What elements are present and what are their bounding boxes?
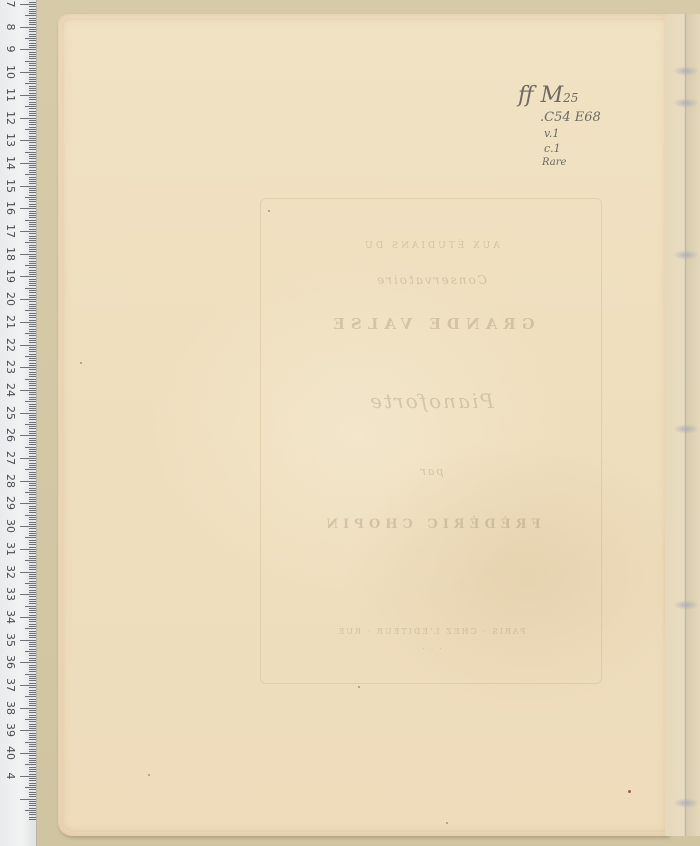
- ruler-tick: [20, 72, 36, 73]
- ruler-tick: [20, 503, 36, 504]
- ruler-label: 21: [4, 313, 16, 331]
- ruler-label: 11: [4, 86, 16, 104]
- ruler-tick: [25, 606, 36, 607]
- ruler-tick: [20, 753, 36, 754]
- foxing-speck: [148, 774, 150, 776]
- ruler-tick: [29, 438, 36, 439]
- spine-tear: [673, 66, 699, 76]
- ruler-tick: [25, 174, 36, 175]
- ruler-tick: [29, 660, 36, 661]
- ruler-tick: [29, 360, 36, 361]
- ruler-tick: [29, 201, 36, 202]
- ruler-tick: [29, 285, 36, 286]
- ruler-tick: [29, 428, 36, 429]
- ruler-tick: [29, 24, 36, 25]
- ruler-tick: [29, 283, 36, 284]
- ruler-tick: [29, 476, 36, 477]
- ruler-label: 16: [4, 199, 16, 217]
- ruler-tick: [29, 542, 36, 543]
- ruler-tick: [29, 279, 36, 280]
- ruler-label: 22: [4, 336, 16, 354]
- ruler-tick: [29, 392, 36, 393]
- ruler-tick: [29, 705, 36, 706]
- ruler-tick: [29, 131, 36, 132]
- pencil-call-number: ff M25 .C54 E68 v.1 c.1 Rare: [518, 84, 601, 170]
- ruler-tick: [29, 519, 36, 520]
- ruler-tick: [25, 764, 36, 765]
- ruler-tick: [20, 617, 36, 618]
- ruler-tick: [29, 633, 36, 634]
- ruler-tick: [29, 746, 36, 747]
- ruler-tick: [29, 320, 36, 321]
- ruler-tick: [29, 655, 36, 656]
- ruler-tick: [25, 288, 36, 289]
- ruler-tick: [29, 814, 36, 815]
- ruler-tick: [29, 596, 36, 597]
- ruler-tick: [29, 156, 36, 157]
- ruler-tick: [29, 615, 36, 616]
- ruler-tick: [29, 224, 36, 225]
- call-number-collection: Rare: [542, 156, 601, 170]
- ruler-tick: [29, 533, 36, 534]
- ruler-tick: [25, 469, 36, 470]
- ruler-tick: [29, 247, 36, 248]
- ruler-tick: [29, 460, 36, 461]
- ruler-tick: [29, 808, 36, 809]
- ruler-tick: [29, 238, 36, 239]
- ruler-tick: [20, 481, 36, 482]
- ruler-tick: [29, 540, 36, 541]
- ruler-tick: [20, 799, 36, 800]
- ruler-label: 18: [4, 245, 16, 263]
- ruler-tick: [29, 728, 36, 729]
- ruler-tick: [29, 374, 36, 375]
- ruler-tick: [29, 36, 36, 37]
- ruler-tick: [29, 183, 36, 184]
- spine-tear: [673, 424, 699, 434]
- ruler-tick: [29, 261, 36, 262]
- ruler-tick: [29, 97, 36, 98]
- ruler-tick: [29, 158, 36, 159]
- ruler-tick: [25, 560, 36, 561]
- ruler-tick: [25, 265, 36, 266]
- ruler-tick: [29, 488, 36, 489]
- ruler-tick: [29, 179, 36, 180]
- ruler-tick: [29, 295, 36, 296]
- ruler-tick: [20, 572, 36, 573]
- ruler-tick: [20, 640, 36, 641]
- ruler-tick: [20, 299, 36, 300]
- ruler-tick: [29, 517, 36, 518]
- ruler-tick: [25, 742, 36, 743]
- ruler-tick: [29, 70, 36, 71]
- ruler-tick: [29, 467, 36, 468]
- ruler-tick: [29, 63, 36, 64]
- ruler-tick: [25, 38, 36, 39]
- ruler-tick: [29, 338, 36, 339]
- ruler-tick: [29, 789, 36, 790]
- ruler-tick: [29, 274, 36, 275]
- ruler-label: 17: [4, 222, 16, 240]
- ruler-tick: [29, 578, 36, 579]
- ruler-tick: [29, 778, 36, 779]
- ruler-tick: [29, 190, 36, 191]
- ruler-tick: [29, 724, 36, 725]
- ruler-tick: [29, 574, 36, 575]
- call-number-class-sub: 25: [563, 91, 578, 105]
- measuring-ruler: 7891011121314151617181920212223242526272…: [0, 0, 37, 846]
- ruler-tick: [29, 687, 36, 688]
- ruler-tick: [29, 199, 36, 200]
- ruler-tick: [20, 118, 36, 119]
- ruler-tick: [25, 356, 36, 357]
- ruler-label: 40: [4, 744, 16, 762]
- ruler-tick: [29, 133, 36, 134]
- show-through-line-1: AUX ÉTUDIANS DU: [261, 241, 601, 251]
- ruler-tick: [29, 347, 36, 348]
- ruler-tick: [29, 192, 36, 193]
- foxing-speck: [358, 686, 360, 688]
- ruler-tick: [29, 6, 36, 7]
- ruler-tick: [20, 730, 36, 731]
- ruler-label: 25: [4, 404, 16, 422]
- ruler-label: 4: [4, 767, 16, 785]
- ruler-tick: [29, 699, 36, 700]
- ruler-tick: [29, 147, 36, 148]
- ruler-tick: [29, 717, 36, 718]
- ruler-tick: [29, 385, 36, 386]
- ruler-tick: [29, 635, 36, 636]
- ruler-tick: [29, 127, 36, 128]
- ruler-tick: [29, 501, 36, 502]
- ruler-tick: [29, 195, 36, 196]
- ruler-tick: [29, 680, 36, 681]
- ruler-tick: [29, 79, 36, 80]
- ruler-tick: [29, 726, 36, 727]
- ruler-tick: [29, 599, 36, 600]
- ruler-tick: [29, 245, 36, 246]
- ruler-tick: [25, 628, 36, 629]
- foxing-speck: [268, 210, 270, 212]
- ruler-tick: [29, 453, 36, 454]
- ruler-tick: [29, 263, 36, 264]
- ruler-tick: [29, 553, 36, 554]
- ruler-tick: [29, 667, 36, 668]
- ruler-tick: [29, 444, 36, 445]
- ruler-tick: [20, 345, 36, 346]
- ruler-tick: [29, 567, 36, 568]
- ruler-tick: [20, 95, 36, 96]
- ruler-tick: [29, 463, 36, 464]
- ruler-tick: [29, 394, 36, 395]
- ruler-tick: [29, 335, 36, 336]
- ruler-tick: [29, 755, 36, 756]
- ruler-tick: [29, 167, 36, 168]
- ruler-tick: [25, 15, 36, 16]
- ruler-tick: [29, 399, 36, 400]
- ruler-tick: [29, 760, 36, 761]
- ruler-tick: [29, 703, 36, 704]
- ruler-tick: [29, 376, 36, 377]
- ruler-tick: [29, 40, 36, 41]
- ruler-tick: [29, 217, 36, 218]
- ruler-tick: [29, 29, 36, 30]
- ruler-tick: [29, 81, 36, 82]
- ruler-tick: [20, 163, 36, 164]
- ruler-tick: [20, 458, 36, 459]
- ruler-tick: [29, 637, 36, 638]
- ruler-tick: [29, 342, 36, 343]
- foxing-speck: [80, 362, 82, 364]
- ruler-tick: [20, 594, 36, 595]
- ruler-tick: [29, 188, 36, 189]
- ruler-tick: [29, 145, 36, 146]
- ruler-tick: [29, 442, 36, 443]
- ruler-tick: [20, 662, 36, 663]
- ruler-tick: [20, 322, 36, 323]
- ruler-tick: [29, 111, 36, 112]
- ruler-tick: [29, 329, 36, 330]
- show-through-line-6: FRÉDÉRIC CHOPIN: [261, 517, 601, 532]
- ruler-tick: [29, 161, 36, 162]
- ruler-label: 36: [4, 653, 16, 671]
- spine-tear: [673, 98, 699, 108]
- ruler-tick: [29, 535, 36, 536]
- ruler-tick: [29, 792, 36, 793]
- ruler-tick: [29, 721, 36, 722]
- ruler-tick: [29, 9, 36, 10]
- ruler-tick: [29, 226, 36, 227]
- ruler-tick: [29, 388, 36, 389]
- ruler-tick: [29, 422, 36, 423]
- ruler-tick: [20, 49, 36, 50]
- show-through-line-7: PARIS · CHEZ L'ÉDITEUR · RUE: [261, 627, 601, 636]
- ruler-tick: [25, 674, 36, 675]
- ruler-tick: [29, 692, 36, 693]
- ruler-tick: [29, 626, 36, 627]
- ruler-tick: [29, 120, 36, 121]
- ruler-tick: [29, 528, 36, 529]
- ruler-tick: [29, 619, 36, 620]
- ruler-tick: [29, 74, 36, 75]
- ruler-tick: [29, 735, 36, 736]
- ruler-tick: [29, 415, 36, 416]
- show-through-line-3: GRANDE VALSE: [261, 315, 601, 333]
- ruler-tick: [29, 47, 36, 48]
- ruler-tick: [29, 301, 36, 302]
- ruler-tick: [29, 77, 36, 78]
- ruler-tick: [29, 819, 36, 820]
- ruler-tick: [29, 556, 36, 557]
- ruler-tick: [25, 719, 36, 720]
- ruler-tick: [29, 369, 36, 370]
- ruler-tick: [29, 749, 36, 750]
- ruler-tick: [20, 435, 36, 436]
- ruler-tick: [29, 497, 36, 498]
- ruler-tick: [29, 817, 36, 818]
- ruler-tick: [29, 365, 36, 366]
- ruler-tick: [29, 267, 36, 268]
- ruler-label: 20: [4, 290, 16, 308]
- ruler-label: 9: [4, 40, 16, 58]
- ruler-tick: [29, 43, 36, 44]
- ruler-tick: [29, 68, 36, 69]
- ruler-tick: [25, 401, 36, 402]
- ruler-tick: [29, 93, 36, 94]
- ruler-tick: [29, 812, 36, 813]
- ruler-tick: [20, 549, 36, 550]
- ruler-tick: [29, 297, 36, 298]
- ruler-label: 34: [4, 608, 16, 626]
- ruler-tick: [29, 585, 36, 586]
- ruler-tick: [29, 785, 36, 786]
- ruler-label: 24: [4, 381, 16, 399]
- ruler-tick: [29, 172, 36, 173]
- ruler-tick: [29, 406, 36, 407]
- ruler-tick: [20, 4, 36, 5]
- ruler-label: 31: [4, 540, 16, 558]
- ruler-tick: [29, 304, 36, 305]
- ruler-tick: [29, 581, 36, 582]
- spine-tear: [673, 798, 699, 808]
- ruler-tick: [29, 478, 36, 479]
- ruler-tick: [25, 651, 36, 652]
- ruler-tick: [29, 483, 36, 484]
- ruler-tick: [29, 170, 36, 171]
- ruler-tick: [29, 715, 36, 716]
- show-through-line-2: Conservatoire: [261, 273, 601, 287]
- ruler-tick: [29, 758, 36, 759]
- ruler-tick: [29, 805, 36, 806]
- ruler-tick: [25, 583, 36, 584]
- ruler-tick: [29, 762, 36, 763]
- ruler-tick: [29, 665, 36, 666]
- ruler-tick: [20, 254, 36, 255]
- ruler-tick: [29, 165, 36, 166]
- ruler-tick: [20, 776, 36, 777]
- ruler-tick: [29, 510, 36, 511]
- ruler-tick: [29, 408, 36, 409]
- ruler-tick: [29, 683, 36, 684]
- ruler-tick: [29, 272, 36, 273]
- ruler-tick: [29, 649, 36, 650]
- ruler-tick: [29, 326, 36, 327]
- ruler-tick: [25, 106, 36, 107]
- ruler-tick: [29, 485, 36, 486]
- ruler-tick: [29, 744, 36, 745]
- ruler-tick: [29, 363, 36, 364]
- ruler-tick: [29, 99, 36, 100]
- ruler-tick: [25, 424, 36, 425]
- ruler-tick: [29, 181, 36, 182]
- ruler-tick: [29, 608, 36, 609]
- ruler-tick: [29, 340, 36, 341]
- ruler-tick: [29, 358, 36, 359]
- spine-tear: [673, 600, 699, 610]
- ruler-tick: [29, 417, 36, 418]
- ruler-tick: [29, 690, 36, 691]
- ruler-tick: [29, 65, 36, 66]
- ruler-tick: [29, 694, 36, 695]
- ruler-tick: [29, 592, 36, 593]
- ruler-tick: [29, 122, 36, 123]
- ruler-tick: [29, 233, 36, 234]
- ruler-tick: [29, 562, 36, 563]
- ruler-tick: [29, 349, 36, 350]
- ruler-tick: [29, 213, 36, 214]
- ruler-tick: [29, 522, 36, 523]
- ruler-tick: [29, 506, 36, 507]
- ruler-label: 13: [4, 131, 16, 149]
- ruler-tick: [29, 426, 36, 427]
- ruler-tick: [29, 431, 36, 432]
- ruler-tick: [29, 108, 36, 109]
- ruler-tick: [29, 524, 36, 525]
- ruler-tick: [29, 204, 36, 205]
- ruler-tick: [29, 601, 36, 602]
- ruler-tick: [25, 810, 36, 811]
- ruler-tick: [29, 90, 36, 91]
- ruler-tick: [29, 769, 36, 770]
- ruler-tick: [29, 354, 36, 355]
- ruler-tick: [29, 739, 36, 740]
- ruler-tick: [25, 129, 36, 130]
- ruler-label: 12: [4, 109, 16, 127]
- ruler-tick: [29, 34, 36, 35]
- ruler-tick: [29, 565, 36, 566]
- ruler-tick: [29, 621, 36, 622]
- foxing-speck: [446, 822, 448, 824]
- ruler-tick: [20, 27, 36, 28]
- ruler-tick: [20, 208, 36, 209]
- ruler-tick: [29, 215, 36, 216]
- ruler-tick: [29, 646, 36, 647]
- ruler-tick: [29, 678, 36, 679]
- ruler-tick: [29, 13, 36, 14]
- ruler-tick: [29, 710, 36, 711]
- ruler-label: 27: [4, 449, 16, 467]
- ruler-label: 35: [4, 631, 16, 649]
- ruler-tick: [20, 140, 36, 141]
- ruler-tick: [29, 104, 36, 105]
- ruler-label: 30: [4, 517, 16, 535]
- ruler-tick: [29, 58, 36, 59]
- ruler-tick: [29, 138, 36, 139]
- ruler-tick: [29, 494, 36, 495]
- ruler-tick: [25, 310, 36, 311]
- ruler-tick: [29, 222, 36, 223]
- ruler-label: 15: [4, 177, 16, 195]
- ruler-tick: [29, 612, 36, 613]
- ruler-tick: [20, 390, 36, 391]
- ruler-tick: [29, 383, 36, 384]
- ruler-tick: [29, 658, 36, 659]
- ruler-tick: [20, 367, 36, 368]
- ruler-tick: [29, 451, 36, 452]
- ruler-label: 37: [4, 676, 16, 694]
- ruler-tick: [29, 22, 36, 23]
- ruler-tick: [29, 292, 36, 293]
- ruler-tick: [29, 499, 36, 500]
- ruler-tick: [29, 642, 36, 643]
- ruler-tick: [20, 276, 36, 277]
- ruler-tick: [29, 258, 36, 259]
- call-number-class: ff M: [518, 83, 563, 108]
- ruler-tick: [29, 56, 36, 57]
- ruler-label: 29: [4, 494, 16, 512]
- ruler-tick: [25, 447, 36, 448]
- ruler-tick: [29, 177, 36, 178]
